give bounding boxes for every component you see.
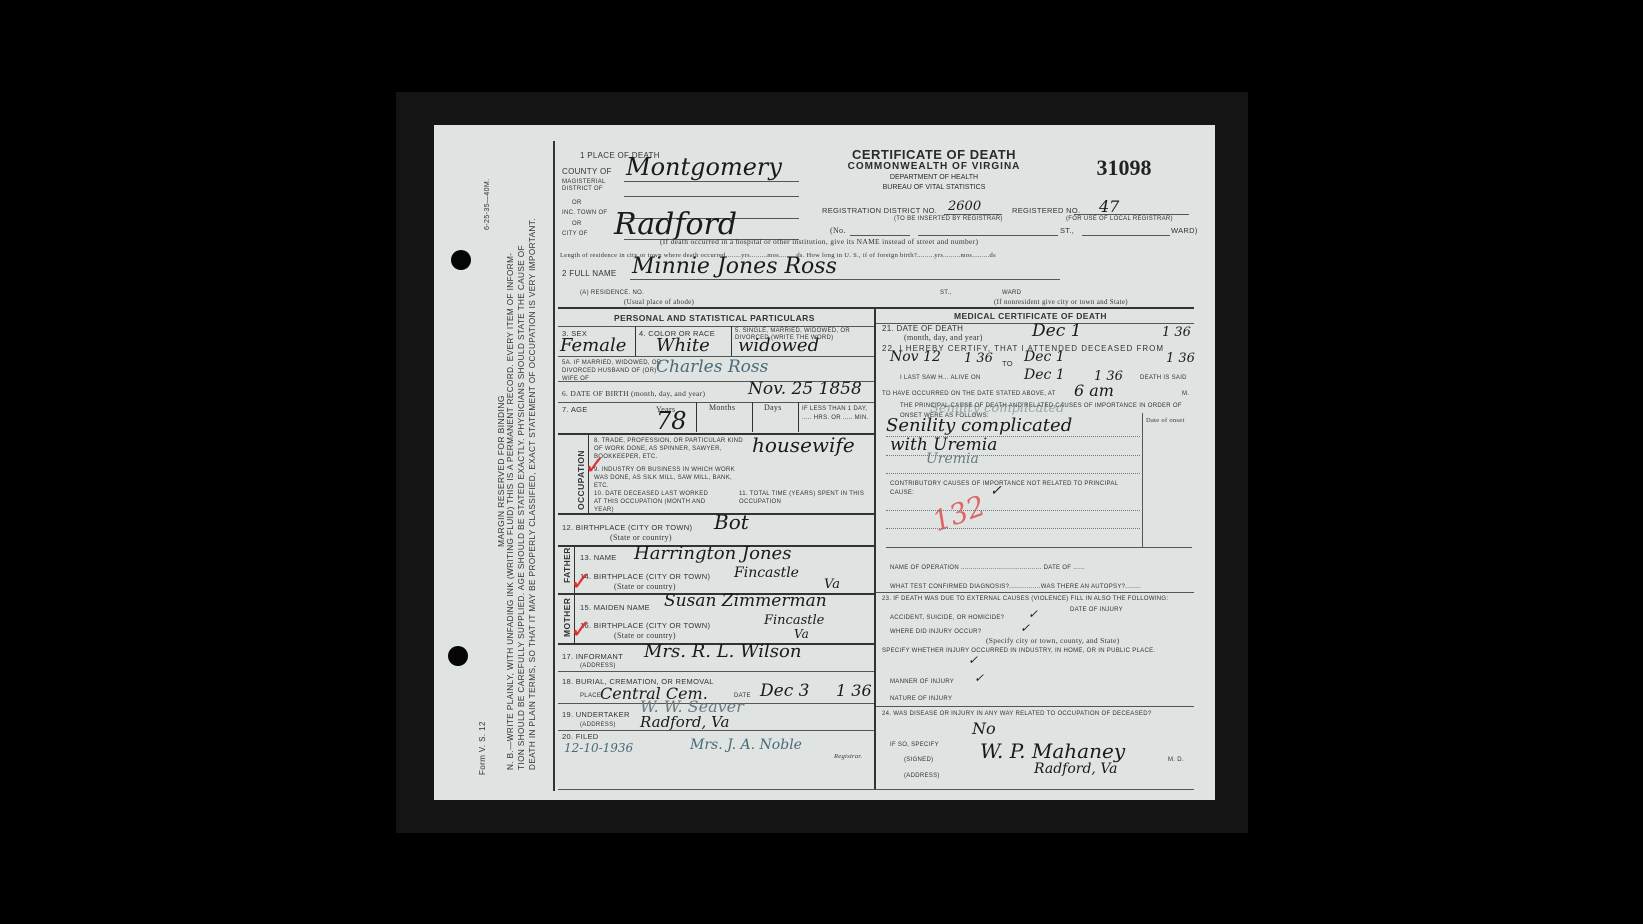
spouse-value: Charles Ross xyxy=(656,357,768,377)
town-label: INC. TOWN OF xyxy=(562,210,607,216)
undertaker-address: Radford, Va xyxy=(640,713,729,731)
magisterial-line xyxy=(624,196,799,197)
date-of-death: Dec 1 xyxy=(1032,321,1081,341)
onset-label: Date of onset xyxy=(1146,417,1185,424)
cell-divider xyxy=(635,326,636,356)
informant-address-label: (ADDRESS) xyxy=(580,663,616,669)
external-causes-label: 23. IF DEATH WAS DUE TO EXTERNAL CAUSES … xyxy=(882,595,1188,604)
physician-address: Radford, Va xyxy=(1034,761,1118,777)
medical-heading: MEDICAL CERTIFICATE OF DEATH xyxy=(954,311,1107,321)
trade-value: housewife xyxy=(752,433,855,457)
cell-divider xyxy=(731,326,732,356)
margin-note: MARGIN RESERVED FOR BINDING xyxy=(496,395,506,547)
time-of-death: 6 am xyxy=(1074,381,1114,400)
birthplace-label: 12. BIRTHPLACE (city or town) xyxy=(562,523,692,532)
mother-birthplace-state: Va xyxy=(794,627,809,641)
cell-divider xyxy=(696,402,697,432)
section-divider xyxy=(558,307,1194,309)
where-injury-note: (Specify city or town, county, and State… xyxy=(986,636,1119,645)
registration-district-label: REGISTRATION DISTRICT NO. xyxy=(822,206,937,215)
operation-label: NAME OF OPERATION ......................… xyxy=(890,565,1085,571)
full-name-line xyxy=(630,279,1060,280)
county-line xyxy=(624,181,799,182)
occupation-related-answer: No xyxy=(972,719,996,738)
instructions-line-2: TION SHOULD BE CAREFULLY SUPPLIED. AGE S… xyxy=(517,245,526,770)
last-saw-date: Dec 1 xyxy=(1024,367,1065,383)
row-line xyxy=(876,592,1194,593)
dob-value: Nov. 25 1858 xyxy=(748,379,862,399)
mother-maiden-label: 15. MAIDEN NAME xyxy=(580,603,650,612)
burial-place-label: PLACE xyxy=(580,693,601,699)
birthplace-state-label: (State or country) xyxy=(610,533,672,542)
district-line xyxy=(944,214,1002,215)
onset-divider xyxy=(1142,413,1143,547)
last-saw-label: I LAST SAW H... ALIVE ON xyxy=(900,375,981,381)
contributory-label: CONTRIBUTORY CAUSES OF IMPORTANCE NOT RE… xyxy=(890,480,1130,498)
cause-line xyxy=(886,473,1140,474)
row-line xyxy=(886,547,1192,548)
registered-line xyxy=(1074,214,1189,215)
cause-annotation: Senility complicated xyxy=(930,401,1065,416)
father-state-label: (State or country) xyxy=(614,582,676,591)
cause-line-3: Uremia xyxy=(926,451,979,467)
row-line xyxy=(558,730,874,731)
form-code: Form V. S. 12 xyxy=(478,721,487,775)
county-label: COUNTY OF xyxy=(562,167,612,176)
manner-label: MANNER OF INJURY xyxy=(890,679,954,685)
margin-border xyxy=(553,141,555,791)
signed-label: (SIGNED) xyxy=(904,757,933,763)
ward-label: WARD) xyxy=(1171,226,1198,235)
marital-value: widowed xyxy=(738,335,819,356)
department: DEPARTMENT OF HEALTH xyxy=(819,174,1049,181)
red-checkmark: ✓ xyxy=(584,451,606,481)
print-code: 6-25-35—40M. xyxy=(484,179,491,231)
if-so-specify-label: IF SO, SPECIFY xyxy=(890,742,939,748)
father-name: Harrington Jones xyxy=(634,543,791,564)
md-label: M. D. xyxy=(1168,757,1184,763)
undertaker-address-label: (ADDRESS) xyxy=(580,722,616,728)
street-label: St., xyxy=(1060,226,1074,235)
certificate-number: 31098 xyxy=(1084,155,1164,181)
registrar-label: Registrar. xyxy=(834,753,862,760)
injury-location-label: SPECIFY WHETHER INJURY OCCURRED IN INDUS… xyxy=(882,647,1188,656)
date-of-death-sublabel: (month, day, and year) xyxy=(904,333,983,342)
attended-to: Dec 1 xyxy=(1024,349,1065,365)
district-note: (TO BE INSERTED BY REGISTRAR) xyxy=(894,216,1003,222)
certificate-subtitle: COMMONWEALTH OF VIRGINA xyxy=(819,161,1049,172)
instructions-line-1: N. B.—WRITE PLAINLY, WITH UNFADING INK (… xyxy=(506,253,515,770)
informant-value: Mrs. R. L. Wilson xyxy=(644,641,801,662)
mother-maiden-name: Susan Zimmerman xyxy=(664,591,827,611)
cell-divider xyxy=(798,402,799,432)
registered-note: (FOR USE OF LOCAL REGISTRAR) xyxy=(1066,216,1173,222)
birthplace-value: Bot xyxy=(714,510,749,534)
date-injury-label: DATE OF INJURY xyxy=(1070,606,1130,615)
father-birthplace-city: Fincastle xyxy=(734,565,799,581)
trade-label: 8. TRADE, PROFESSION, OR PARTICULAR KIND… xyxy=(594,437,744,461)
red-checkmark: ✓ xyxy=(570,615,592,645)
date-of-death-year: 1 36 xyxy=(1162,325,1191,340)
full-name-value: Minnie Jones Ross xyxy=(632,254,837,279)
instructions-line-3: DEATH IN PLAIN TERMS, SO THAT IT MAY BE … xyxy=(528,218,537,770)
street-line xyxy=(918,235,1058,236)
or-label-2: OR xyxy=(572,221,582,227)
months-label: Months xyxy=(709,403,735,412)
row-line xyxy=(876,706,1194,707)
dob-label: 6. DATE OF BIRTH (month, day, and year) xyxy=(562,389,705,398)
filed-date: 12-10-1936 xyxy=(564,741,633,755)
race-value: White xyxy=(656,335,710,356)
county-value: Montgomery xyxy=(626,153,782,181)
less-than-day-label: IF LESS THAN 1 DAY, ..... HRS. OR ..... … xyxy=(802,405,872,423)
father-name-label: 13. NAME xyxy=(580,553,617,562)
residence-note: (Usual place of abode) xyxy=(624,298,694,306)
last-worked-label: 10. DATE DECEASED LAST WORKED AT THIS OC… xyxy=(594,490,714,514)
days-label: Days xyxy=(764,403,782,412)
to-label: TO xyxy=(1002,359,1013,368)
undertaker-label: 19. UNDERTAKER xyxy=(562,710,630,719)
residence-st-label: ST., xyxy=(940,290,952,296)
residence-ward-label: WARD xyxy=(1002,290,1021,296)
informant-label: 17. INFORMANT xyxy=(562,652,623,661)
accident-check: ✓ xyxy=(1028,607,1038,621)
m-label: M. xyxy=(1182,391,1189,397)
where-injury-label: WHERE DID INJURY OCCUR? xyxy=(890,629,981,635)
row-line xyxy=(558,326,874,327)
contributory-check: ✓ xyxy=(990,483,1002,499)
no-line xyxy=(850,235,910,236)
full-name-label: 2 FULL NAME xyxy=(562,269,617,278)
bottom-border xyxy=(558,789,1194,790)
cause-line xyxy=(886,528,1140,529)
nonresident-note: (If nonresident give city or town and St… xyxy=(994,298,1128,306)
magisterial-label: MAGISTERIAL DISTRICT OF xyxy=(562,179,622,193)
occupation-related-label: 24. WAS DISEASE OR INJURY IN ANY WAY REL… xyxy=(882,711,1151,717)
attended-from-year: 1 36 xyxy=(964,351,993,366)
burial-date: Dec 3 xyxy=(760,681,809,701)
mother-birthplace-label: 16. BIRTHPLACE (city or town) xyxy=(580,621,710,630)
mother-birthplace-city: Fincastle xyxy=(764,613,824,628)
nature-label: NATURE OF INJURY xyxy=(890,696,952,702)
date-of-death-label: 21. DATE OF DEATH xyxy=(882,324,963,333)
where-check: ✓ xyxy=(1020,621,1030,635)
father-birthplace-state: Va xyxy=(824,577,840,592)
cause-line-1: Senility complicated xyxy=(886,415,1072,436)
residence-label: (A) RESIDENCE. NO. xyxy=(580,290,644,296)
mother-state-label: (State or country) xyxy=(614,631,676,640)
father-birthplace-label: 14. BIRTHPLACE (city or town) xyxy=(580,572,710,581)
accident-label: ACCIDENT, SUICIDE, OR HOMICIDE? xyxy=(890,615,1004,621)
manner-check: ✓ xyxy=(974,671,984,685)
industry-label: 9. INDUSTRY OR BUSINESS IN WHICH WORK WA… xyxy=(594,466,744,490)
registered-label: REGISTERED NO. xyxy=(1012,206,1080,215)
physician-signature: W. P. Mahaney xyxy=(980,739,1125,763)
total-time-label: 11. TOTAL TIME (YEARS) SPENT IN THIS OCC… xyxy=(739,490,869,506)
burial-year: 1 36 xyxy=(836,681,872,700)
row-line xyxy=(558,671,874,672)
punch-hole xyxy=(451,250,471,270)
hospital-note: (If death occurred in a hospital or othe… xyxy=(660,237,978,246)
attended-to-year: 1 36 xyxy=(1166,351,1195,366)
cell-divider xyxy=(752,402,753,432)
physician-address-label: (ADDRESS) xyxy=(904,773,940,779)
age-years: 78 xyxy=(656,407,687,435)
column-divider xyxy=(874,309,876,789)
death-said-label: DEATH IS SAID xyxy=(1140,375,1187,381)
filed-label: 20. FILED xyxy=(562,732,598,741)
filed-registrar: Mrs. J. A. Noble xyxy=(690,737,802,753)
occurred-label: TO HAVE OCCURRED ON THE DATE STATED ABOV… xyxy=(882,391,1056,397)
cause-line xyxy=(886,455,1140,456)
ward-line xyxy=(1082,235,1170,236)
age-label: 7. AGE xyxy=(562,405,588,414)
or-label: OR xyxy=(572,200,582,206)
personal-heading: PERSONAL AND STATISTICAL PARTICULARS xyxy=(614,313,815,323)
spouse-label: 5A. IF MARRIED, WIDOWED, OR DIVORCED HUS… xyxy=(562,359,662,383)
no-label: (No. xyxy=(830,226,846,235)
punch-hole xyxy=(448,646,468,666)
city-label: CITY OF xyxy=(562,231,588,237)
diagnosis-label: WHAT TEST CONFIRMED DIAGNOSIS?..........… xyxy=(890,584,1141,590)
bureau: BUREAU OF VITAL STATISTICS xyxy=(819,184,1049,191)
death-certificate: 6-25-35—40M. Form V. S. 12 MARGIN RESERV… xyxy=(434,125,1215,800)
registration-district: 2600 xyxy=(948,199,981,214)
certificate-title: CERTIFICATE OF DEATH xyxy=(819,147,1049,162)
cause-line xyxy=(886,510,1140,511)
sex-value: Female xyxy=(560,335,626,356)
location-check: ✓ xyxy=(968,653,978,667)
attended-from: Nov 12 xyxy=(890,349,941,365)
